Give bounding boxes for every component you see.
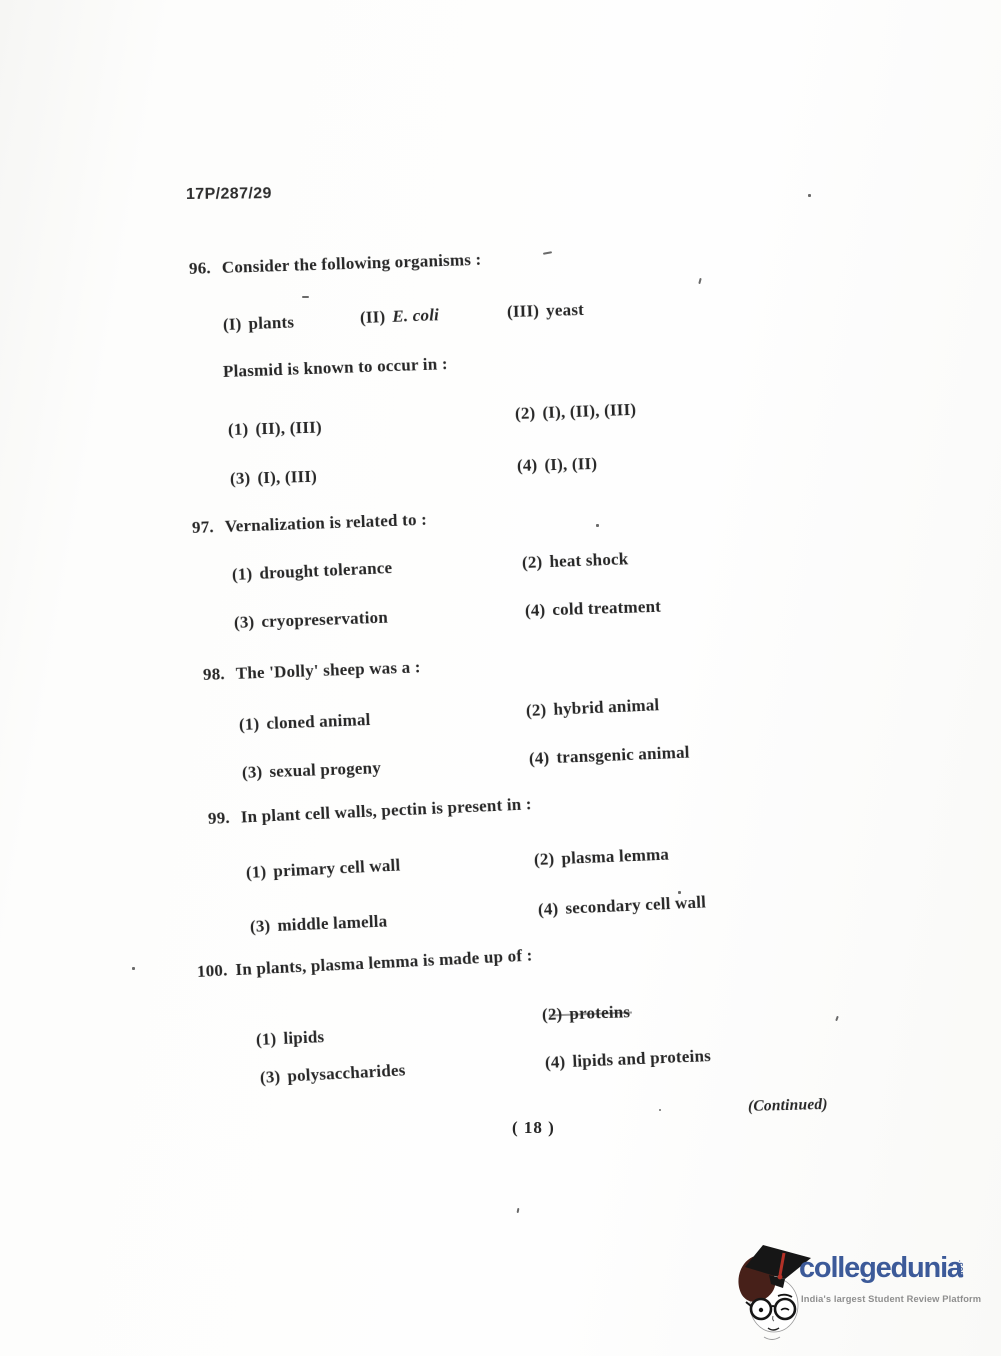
list-item-text: E. coli <box>392 305 439 326</box>
option-label: (3) <box>230 468 251 488</box>
option-text: cloned animal <box>266 710 371 733</box>
question-text: Consider the following organisms : <box>222 250 482 277</box>
question-number: 96. <box>189 258 211 278</box>
q96-list-item-1: (I)plants <box>223 313 295 335</box>
option-label: (4) <box>517 455 538 475</box>
q98-option-2: (2)hybrid animal <box>526 695 660 721</box>
option-text: lipids and proteins <box>572 1046 711 1071</box>
option-text: lipids <box>283 1027 325 1048</box>
question-98-stem: 98.The 'Dolly' sheep was a : <box>203 657 421 685</box>
q97-option-2: (2)heat shock <box>522 549 629 573</box>
q96-list-item-2: (II)E. coli <box>360 305 440 328</box>
scan-artifact <box>517 1208 520 1213</box>
q100-option-3: (3)polysaccharides <box>259 1060 406 1088</box>
question-text: The 'Dolly' sheep was a : <box>235 657 420 682</box>
question-text: In plant cell walls, pectin is present i… <box>240 794 532 826</box>
scan-artifact <box>698 278 701 284</box>
q98-option-1: (1)cloned animal <box>239 710 371 735</box>
exam-paper-code: 17P/287/29 <box>186 185 272 204</box>
option-label: (4) <box>525 600 546 620</box>
scan-artifact <box>678 891 681 894</box>
option-label: (3) <box>242 762 263 782</box>
list-item-text: yeast <box>546 300 584 320</box>
question-96-stem2: Plasmid is known to occur in : <box>223 354 448 382</box>
q100-option-1: (1)lipids <box>256 1027 325 1050</box>
question-text: Vernalization is related to : <box>224 510 427 536</box>
scan-artifact <box>302 296 309 298</box>
question-number: 97. <box>192 517 215 537</box>
q98-option-4: (4)transgenic animal <box>529 743 690 769</box>
option-text: plasma lemma <box>561 845 669 868</box>
q97-option-4: (4)cold treatment <box>525 597 662 621</box>
question-number: 98. <box>203 664 226 684</box>
continued-note: (Continued) <box>748 1096 828 1116</box>
option-label: (1) <box>232 564 253 584</box>
option-label: (1) <box>256 1029 277 1049</box>
option-label: (1) <box>228 419 249 439</box>
scanned-exam-page: { "page": { "header_code": "17P/287/29",… <box>0 0 1001 1356</box>
question-number: 99. <box>208 808 231 828</box>
list-item-label: (I) <box>223 314 242 334</box>
question-text: In plants, plasma lemma is made up of : <box>235 946 533 980</box>
option-label: (4) <box>529 748 550 768</box>
option-text: middle lamella <box>277 911 388 934</box>
list-item-text: plants <box>248 313 294 334</box>
option-text: (I), (III) <box>257 467 317 488</box>
q100-option-4: (4)lipids and proteins <box>545 1046 712 1073</box>
option-text: transgenic animal <box>556 743 690 767</box>
q97-option-1: (1)drought tolerance <box>232 558 393 585</box>
scan-artifact <box>132 967 135 970</box>
list-item-label: (III) <box>507 301 540 321</box>
collegedunia-domain-suffix: .com <box>957 1260 964 1278</box>
option-text: (I), (II) <box>544 454 597 474</box>
option-text: (I), (II), (III) <box>542 400 636 422</box>
option-label: (3) <box>234 612 255 632</box>
option-text: secondary cell wall <box>565 892 706 917</box>
option-text: hybrid animal <box>553 695 660 719</box>
scan-artifact <box>835 1016 839 1021</box>
collegedunia-brand-text: collegedunia <box>799 1252 962 1285</box>
q99-option-1: (1)primary cell wall <box>246 855 401 883</box>
q98-option-3: (3)sexual progeny <box>242 758 382 783</box>
page-number: ( 18 ) <box>512 1118 555 1138</box>
q97-option-3: (3)cryopreservation <box>234 608 389 633</box>
option-text: primary cell wall <box>273 855 401 880</box>
scan-artifact <box>808 194 811 197</box>
question-number: 100. <box>197 961 228 981</box>
question-97-stem: 97.Vernalization is related to : <box>192 510 428 538</box>
option-text: heat shock <box>549 549 629 571</box>
question-99-stem: 99.In plant cell walls, pectin is presen… <box>208 794 533 829</box>
option-label: (3) <box>250 916 271 936</box>
option-text: drought tolerance <box>259 558 393 583</box>
option-label: (4) <box>538 899 559 919</box>
option-text: cold treatment <box>552 597 661 619</box>
q99-option-3: (3)middle lamella <box>250 911 388 936</box>
q96-option-4: (4)(I), (II) <box>517 454 598 476</box>
scan-artifact <box>659 1109 661 1111</box>
option-text: (II), (III) <box>255 418 322 439</box>
option-label: (2) <box>515 403 536 423</box>
option-label: (1) <box>246 862 267 882</box>
option-text: sexual progeny <box>269 758 381 781</box>
collegedunia-tagline: India's largest Student Review Platform <box>801 1294 981 1305</box>
option-label: (2) <box>522 552 543 572</box>
option-label: (4) <box>545 1052 566 1072</box>
q96-list-item-3: (III)yeast <box>507 300 584 322</box>
option-text: polysaccharides <box>287 1060 406 1085</box>
option-label: (1) <box>239 714 260 734</box>
q99-option-4: (4)secondary cell wall <box>538 892 707 920</box>
q96-option-3: (3)(I), (III) <box>230 467 318 489</box>
q96-option-2: (2)(I), (II), (III) <box>515 400 637 424</box>
question-100-stem: 100.In plants, plasma lemma is made up o… <box>197 946 533 982</box>
option-text: cryopreservation <box>261 608 388 631</box>
option-label: (2) <box>534 849 555 869</box>
option-label: (3) <box>259 1067 280 1087</box>
option-label: (2) <box>526 700 547 720</box>
q99-option-2: (2)plasma lemma <box>534 845 670 870</box>
scan-artifact <box>596 524 599 527</box>
q96-option-1: (1)(II), (III) <box>228 418 322 440</box>
collegedunia-logo: collegedunia .com India's largest Studen… <box>733 1243 995 1345</box>
list-item-label: (II) <box>360 307 386 327</box>
scan-artifact <box>543 251 552 255</box>
question-96-stem: 96.Consider the following organisms : <box>189 250 482 279</box>
